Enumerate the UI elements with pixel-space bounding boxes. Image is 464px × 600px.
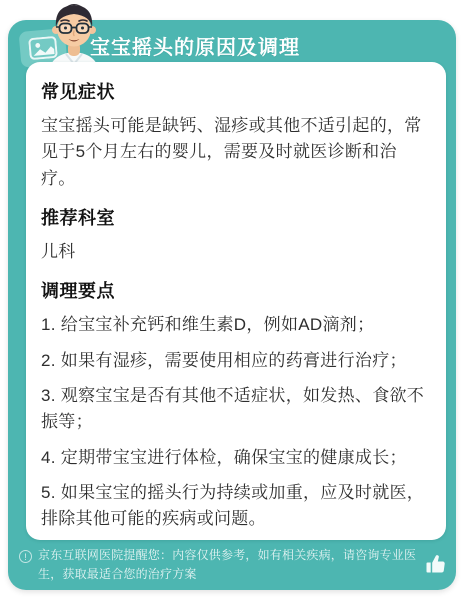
card-title: 宝宝摇头的原因及调理 (90, 31, 300, 60)
content-panel: 常见症状 宝宝摇头可能是缺钙、湿疹或其他不适引起的，常见于5个月左右的婴儿，需要… (26, 62, 446, 540)
thumbs-up-icon[interactable] (423, 551, 449, 577)
health-info-card: 宝宝摇头的原因及调理 常见症状 宝宝摇头可能是缺钙、湿疹或其他不适引起的，常见于… (8, 20, 456, 590)
common-symptoms-text: 宝宝摇头可能是缺钙、湿疹或其他不适引起的，常见于5个月左右的婴儿，需要及时就医诊… (41, 113, 431, 192)
section-heading-recommended-department: 推荐科室 (41, 204, 431, 230)
care-point-1: 1. 给宝宝补充钙和维生素D，例如AD滴剂； (41, 312, 431, 338)
circle-exclamation-icon: ! (19, 550, 32, 563)
care-point-2: 2. 如果有湿疹，需要使用相应的药膏进行治疗； (41, 348, 431, 374)
disclaimer-text: 京东互联网医院提醒您：内容仅供参考，如有相关疾病，请咨询专业医生，获取最适合您的… (38, 546, 417, 584)
care-point-5: 5. 如果宝宝的摇头行为持续或加重，应及时就医，排除其他可能的疾病或问题。 (41, 480, 431, 533)
recommended-department-text: 儿科 (41, 239, 431, 265)
section-heading-care-points: 调理要点 (41, 277, 431, 303)
care-point-3: 3. 观察宝宝是否有其他不适症状，如发热、食欲不振等； (41, 383, 431, 436)
disclaimer-bar: ! 京东互联网医院提醒您：内容仅供参考，如有相关疾病，请咨询专业医生，获取最适合… (19, 546, 449, 584)
care-point-4: 4. 定期带宝宝进行体检，确保宝宝的健康成长； (41, 445, 431, 471)
section-heading-common-symptoms: 常见症状 (41, 78, 431, 104)
